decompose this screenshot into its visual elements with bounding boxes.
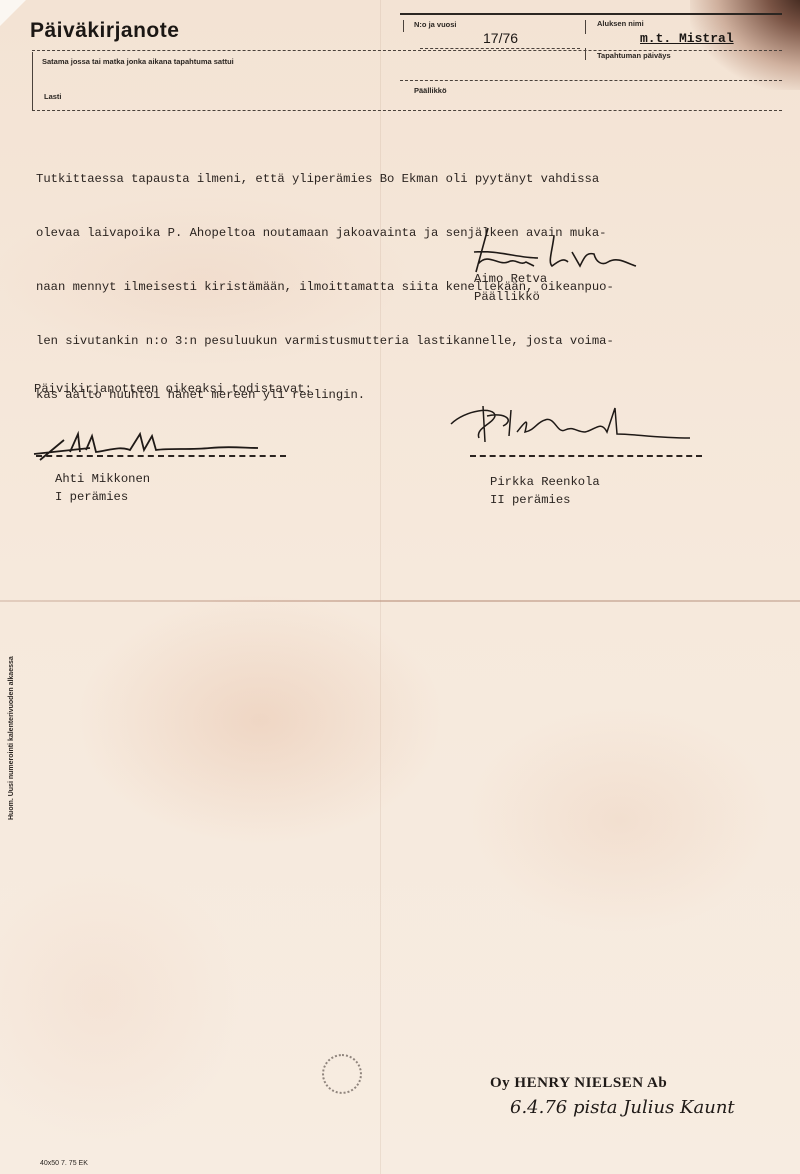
form-left-rule [32,52,33,110]
report-line: Tutkittaessa tapausta ilmeni, että ylipe… [36,170,756,188]
form-top-rule [400,13,782,15]
master-title: Päällikkö [474,288,540,306]
label-master: Päällikkö [414,86,447,95]
label-ship-name: Aluksen nimi [597,19,644,28]
witness-1-signature [30,430,270,464]
horizontal-fold-line [0,600,800,602]
attestation-heading: Päivikirjanotteen oikeaksi todistavat: [34,380,312,398]
label-event-date: Tapahtuman päiväys [597,51,671,60]
witness-2-title: II perämies [490,491,570,509]
report-line: olevaa laivapoika P. Ahopeltoa noutamaan… [36,224,756,242]
margin-note: Huom. Uusi numerointi kalenterivuoden al… [8,656,15,820]
number-and-year-value: 17/76 [483,30,518,46]
witness-2-signature-line [470,455,702,457]
form-divider-no [403,20,404,32]
form-divider-date [585,48,586,60]
print-code: 40x50 7. 75 EK [40,1160,88,1167]
witness-1-title: I perämies [55,488,128,506]
witness-1-name: Ahti Mikkonen [55,470,150,488]
ship-name-value: m.t. Mistral [640,31,734,46]
label-number-and-year: N:o ja vuosi [414,20,457,29]
punch-hole-mark [322,1054,362,1094]
form-divider-ship [585,20,586,34]
torn-corner [0,0,26,26]
witness-2-name: Pirkka Reenkola [490,473,600,491]
form-rule-2 [400,80,782,82]
witness-1-signature-line [36,455,286,457]
company-stamp: Oy HENRY NIELSEN Ab [490,1075,667,1092]
report-line: naan mennyt ilmeisesti kiristämään, ilmo… [36,278,756,296]
form-title: Päiväkirjanote [30,19,179,43]
label-cargo: Lasti [44,92,62,101]
form-rule-no [420,48,580,50]
report-line: len sivutankin n:o 3:n pesuluukun varmis… [36,332,756,350]
incident-report-text: Tutkittaessa tapausta ilmeni, että ylipe… [36,134,756,422]
label-port-or-voyage: Satama jossa tai matka jonka aikana tapa… [42,57,234,66]
witness-2-signature [445,402,705,448]
form-rule-3 [32,110,782,112]
handwritten-note: 6.4.76 pista Julius Kaunt [510,1097,735,1118]
master-name: Aimo Retva [474,270,547,288]
